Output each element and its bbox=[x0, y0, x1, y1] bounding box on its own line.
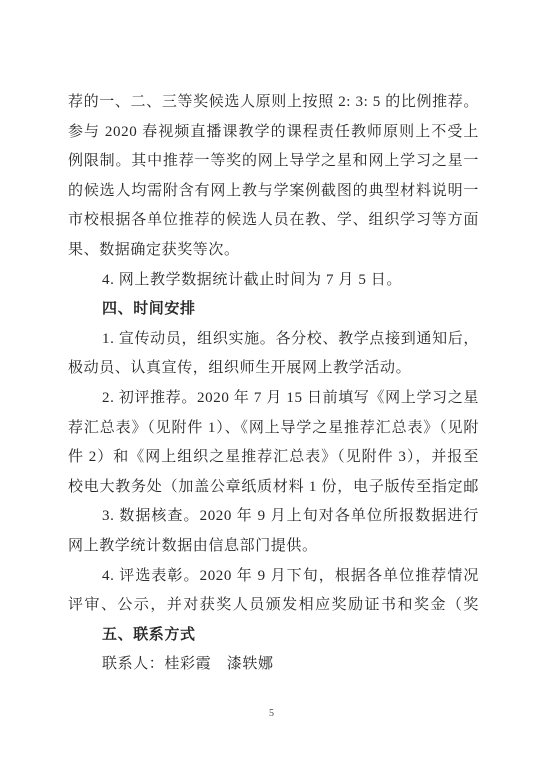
text-line: 荐的一、二、三等奖候选人原则上按照 2: 3: 5 的比例推荐。推荐 bbox=[68, 88, 479, 118]
section-heading: 五、联系方式 bbox=[68, 621, 479, 651]
document-page: 荐的一、二、三等奖候选人原则上按照 2: 3: 5 的比例推荐。推荐参与 202… bbox=[0, 0, 543, 768]
text-line: 校电大教务处（加盖公章纸质材料 1 份，电子版传至指定邮箱）。 bbox=[68, 473, 479, 503]
section-heading: 四、时间安排 bbox=[68, 295, 479, 325]
text-line: 参与 2020 春视频直播课教学的课程责任教师原则上不受上述比 bbox=[68, 118, 479, 148]
text-line: 评审、公示，并对获奖人员颁发相应奖励证书和奖金（奖品）。 bbox=[68, 591, 479, 621]
text-line: 的候选人均需附含有网上教与学案例截图的典型材料说明一份。 bbox=[68, 177, 479, 207]
text-line: 4. 网上教学数据统计截止时间为 7 月 5 日。 bbox=[68, 266, 479, 296]
text-line: 极动员、认真宣传，组织师生开展网上教学活动。 bbox=[68, 354, 479, 384]
text-line: 联系人：桂彩霞 漆轶娜 bbox=[68, 650, 479, 680]
text-line: 荐汇总表》（见附件 1）、《网上导学之星推荐汇总表》（见附 bbox=[68, 414, 479, 444]
text-line: 1. 宣传动员，组织实施。各分校、教学点接到通知后，积 bbox=[68, 325, 479, 355]
text-line: 市校根据各单位推荐的候选人员在教、学、组织学习等方面的效 bbox=[68, 206, 479, 236]
text-line: 件 2）和《网上组织之星推荐汇总表》（见附件 3），并报至市 bbox=[68, 443, 479, 473]
text-line: 3. 数据核查。2020 年 9 月上旬对各单位所报数据进行复核。 bbox=[68, 502, 479, 532]
text-line: 例限制。其中推荐一等奖的网上导学之星和网上学习之星一等奖 bbox=[68, 147, 479, 177]
page-number: 5 bbox=[0, 708, 543, 719]
text-line: 果、数据确定获奖等次。 bbox=[68, 236, 479, 266]
text-line: 2. 初评推荐。2020 年 7 月 15 日前填写《网上学习之星推 bbox=[68, 384, 479, 414]
text-line: 网上教学统计数据由信息部门提供。 bbox=[68, 532, 479, 562]
text-line: 4. 评选表彰。2020 年 9 月下旬，根据各单位推荐情况进行 bbox=[68, 562, 479, 592]
document-body: 荐的一、二、三等奖候选人原则上按照 2: 3: 5 的比例推荐。推荐参与 202… bbox=[68, 88, 479, 680]
